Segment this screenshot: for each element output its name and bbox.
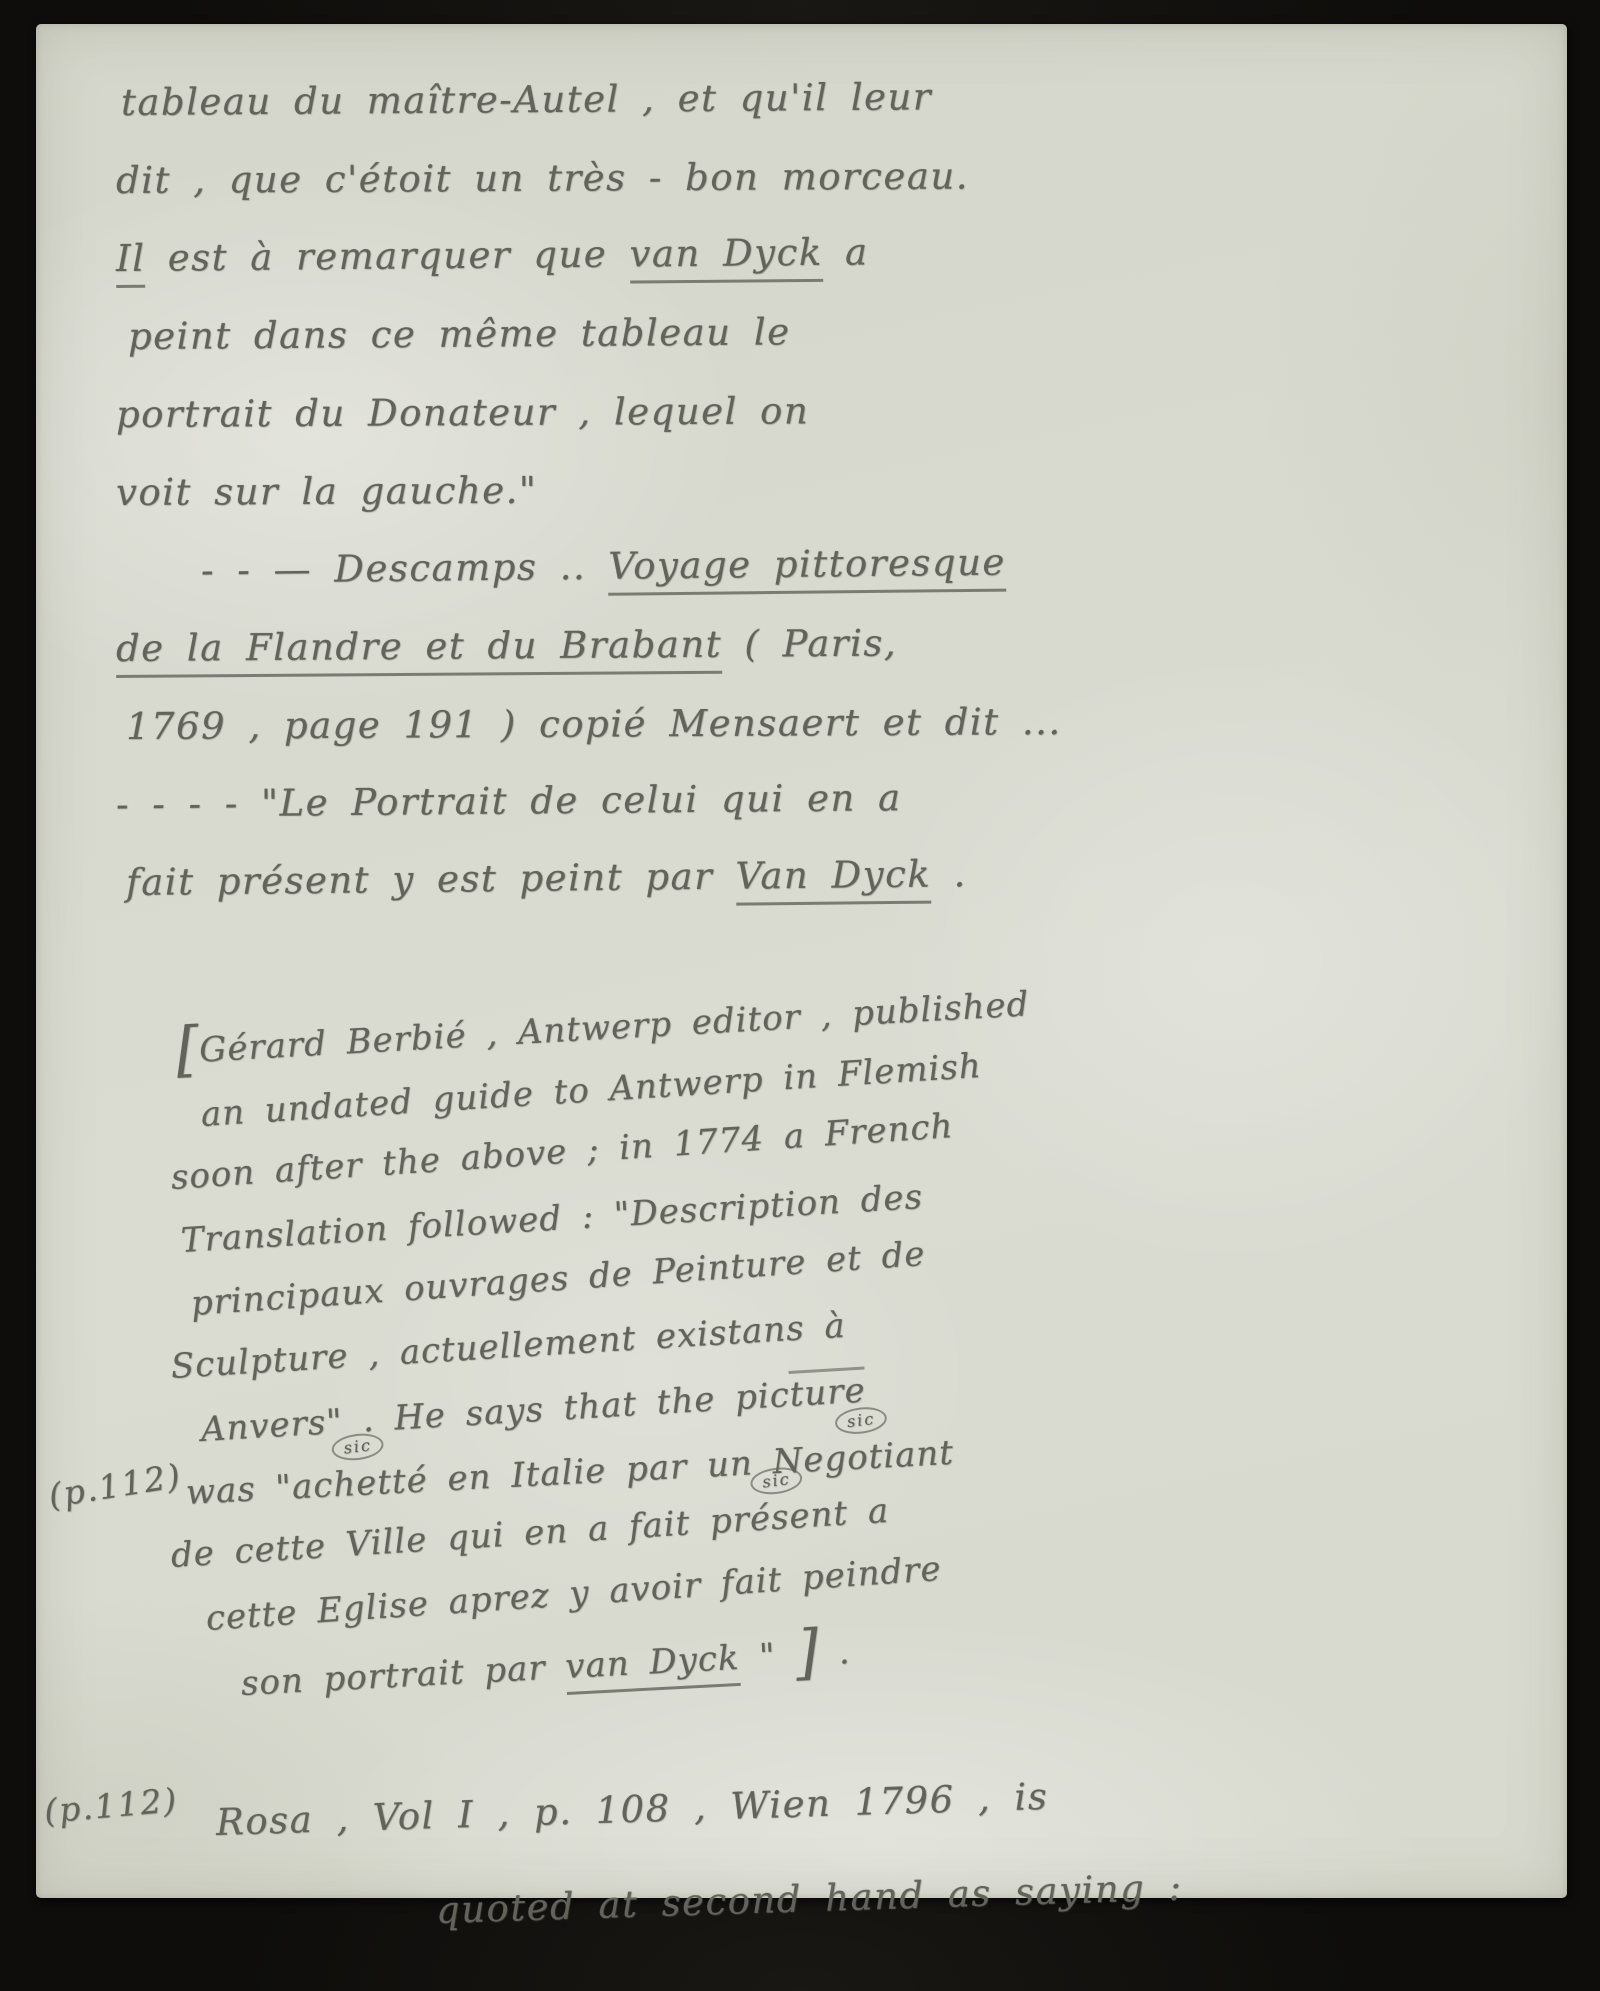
handwriting-segment: ] <box>794 1618 821 1688</box>
handwritten-line: quoted at second hand as saying : <box>435 1844 1184 1955</box>
handwriting-segment: van Dyck <box>564 1638 741 1695</box>
english-bracketed-note-block: [Gérard Berbié , Antwerp editor , publis… <box>146 1019 1031 1716</box>
handwritten-line: 1769 , page 191 ) copié Mensaert et dit … <box>126 683 1062 766</box>
handwritten-line: portrait du Donateur , lequel on <box>116 371 1062 454</box>
handwriting-segment: ( Paris, <box>722 622 897 666</box>
handwriting-segment: . <box>931 852 967 895</box>
handwriting-segment: fait présent y est peint par <box>126 855 736 904</box>
handwriting-segment: est à remarquer que <box>145 233 629 280</box>
handwriting-segment: Il <box>116 237 146 288</box>
handwriting-segment: " <box>738 1635 796 1678</box>
french-quote-block: tableau du maître-Autel , et qu'il leurd… <box>116 64 1062 922</box>
handwritten-line: de la Flandre et du Brabant ( Paris, <box>116 603 1062 688</box>
handwriting-segment: présentsic <box>709 1493 850 1542</box>
handwritten-line: Il est à remarquer que van Dyck a <box>116 212 1062 298</box>
handwriting-segment: peint dans ce même tableau le <box>128 310 791 358</box>
manuscript-page: tableau du maître-Autel , et qu'il leurd… <box>36 24 1567 1898</box>
handwriting-segment: - - — Descamps .. <box>201 545 609 592</box>
handwritten-line: - - - - "Le Portrait de celui qui en a <box>116 758 1062 844</box>
handwriting-segment: van Dyck <box>629 231 823 284</box>
handwriting-segment: Voyage pittoresque <box>608 541 1006 596</box>
handwriting-segment: 1769 , page 191 ) copié Mensaert et dit … <box>126 700 1062 748</box>
rosa-reference-block: Rosa , Vol I , p. 108 , Wien 1796 , isqu… <box>116 1779 1183 1955</box>
handwriting-segment: portrait du Donateur , lequel on <box>116 389 809 436</box>
handwriting-segment: voit sur la gauche." <box>116 469 538 514</box>
handwriting-segment: Rosa , Vol I , p. 108 , Wien 1796 , is <box>215 1775 1049 1844</box>
handwriting-segment: quoted at second hand as saying : <box>435 1866 1183 1932</box>
handwritten-line: voit sur la gauche." <box>116 449 1062 532</box>
handwriting-segment: achettésic <box>291 1460 429 1507</box>
handwriting-segment: . <box>818 1632 852 1674</box>
handwriting-segment: Van Dyck <box>735 853 931 906</box>
handwriting-segment: [ <box>174 1015 201 1085</box>
handwritten-line: - - — Descamps .. Voyage pittoresque <box>201 523 1062 610</box>
handwritten-line: fait présent y est peint par Van Dyck . <box>126 834 1062 922</box>
handwriting-segment: a <box>847 1491 891 1534</box>
handwriting-segment: a <box>823 230 869 273</box>
handwriting-segment: son portrait par <box>240 1647 566 1704</box>
handwriting-segment: de la Flandre et du Brabant <box>116 623 722 678</box>
handwritten-line: tableau du maître-Autel , et qu'il leur <box>121 57 1062 142</box>
handwritten-line: peint dans ce même tableau le <box>128 291 1062 376</box>
handwriting-segment: was " <box>185 1467 293 1513</box>
handwriting-segment: - - - - "Le Portrait de celui qui en a <box>116 776 902 826</box>
handwriting-segment: dit , que c'étoit un très - bon morceau. <box>116 155 969 202</box>
handwritten-line: dit , que c'étoit un très - bon morceau. <box>116 137 1062 220</box>
handwriting-segment: tableau du maître-Autel , et qu'il leur <box>121 75 932 124</box>
